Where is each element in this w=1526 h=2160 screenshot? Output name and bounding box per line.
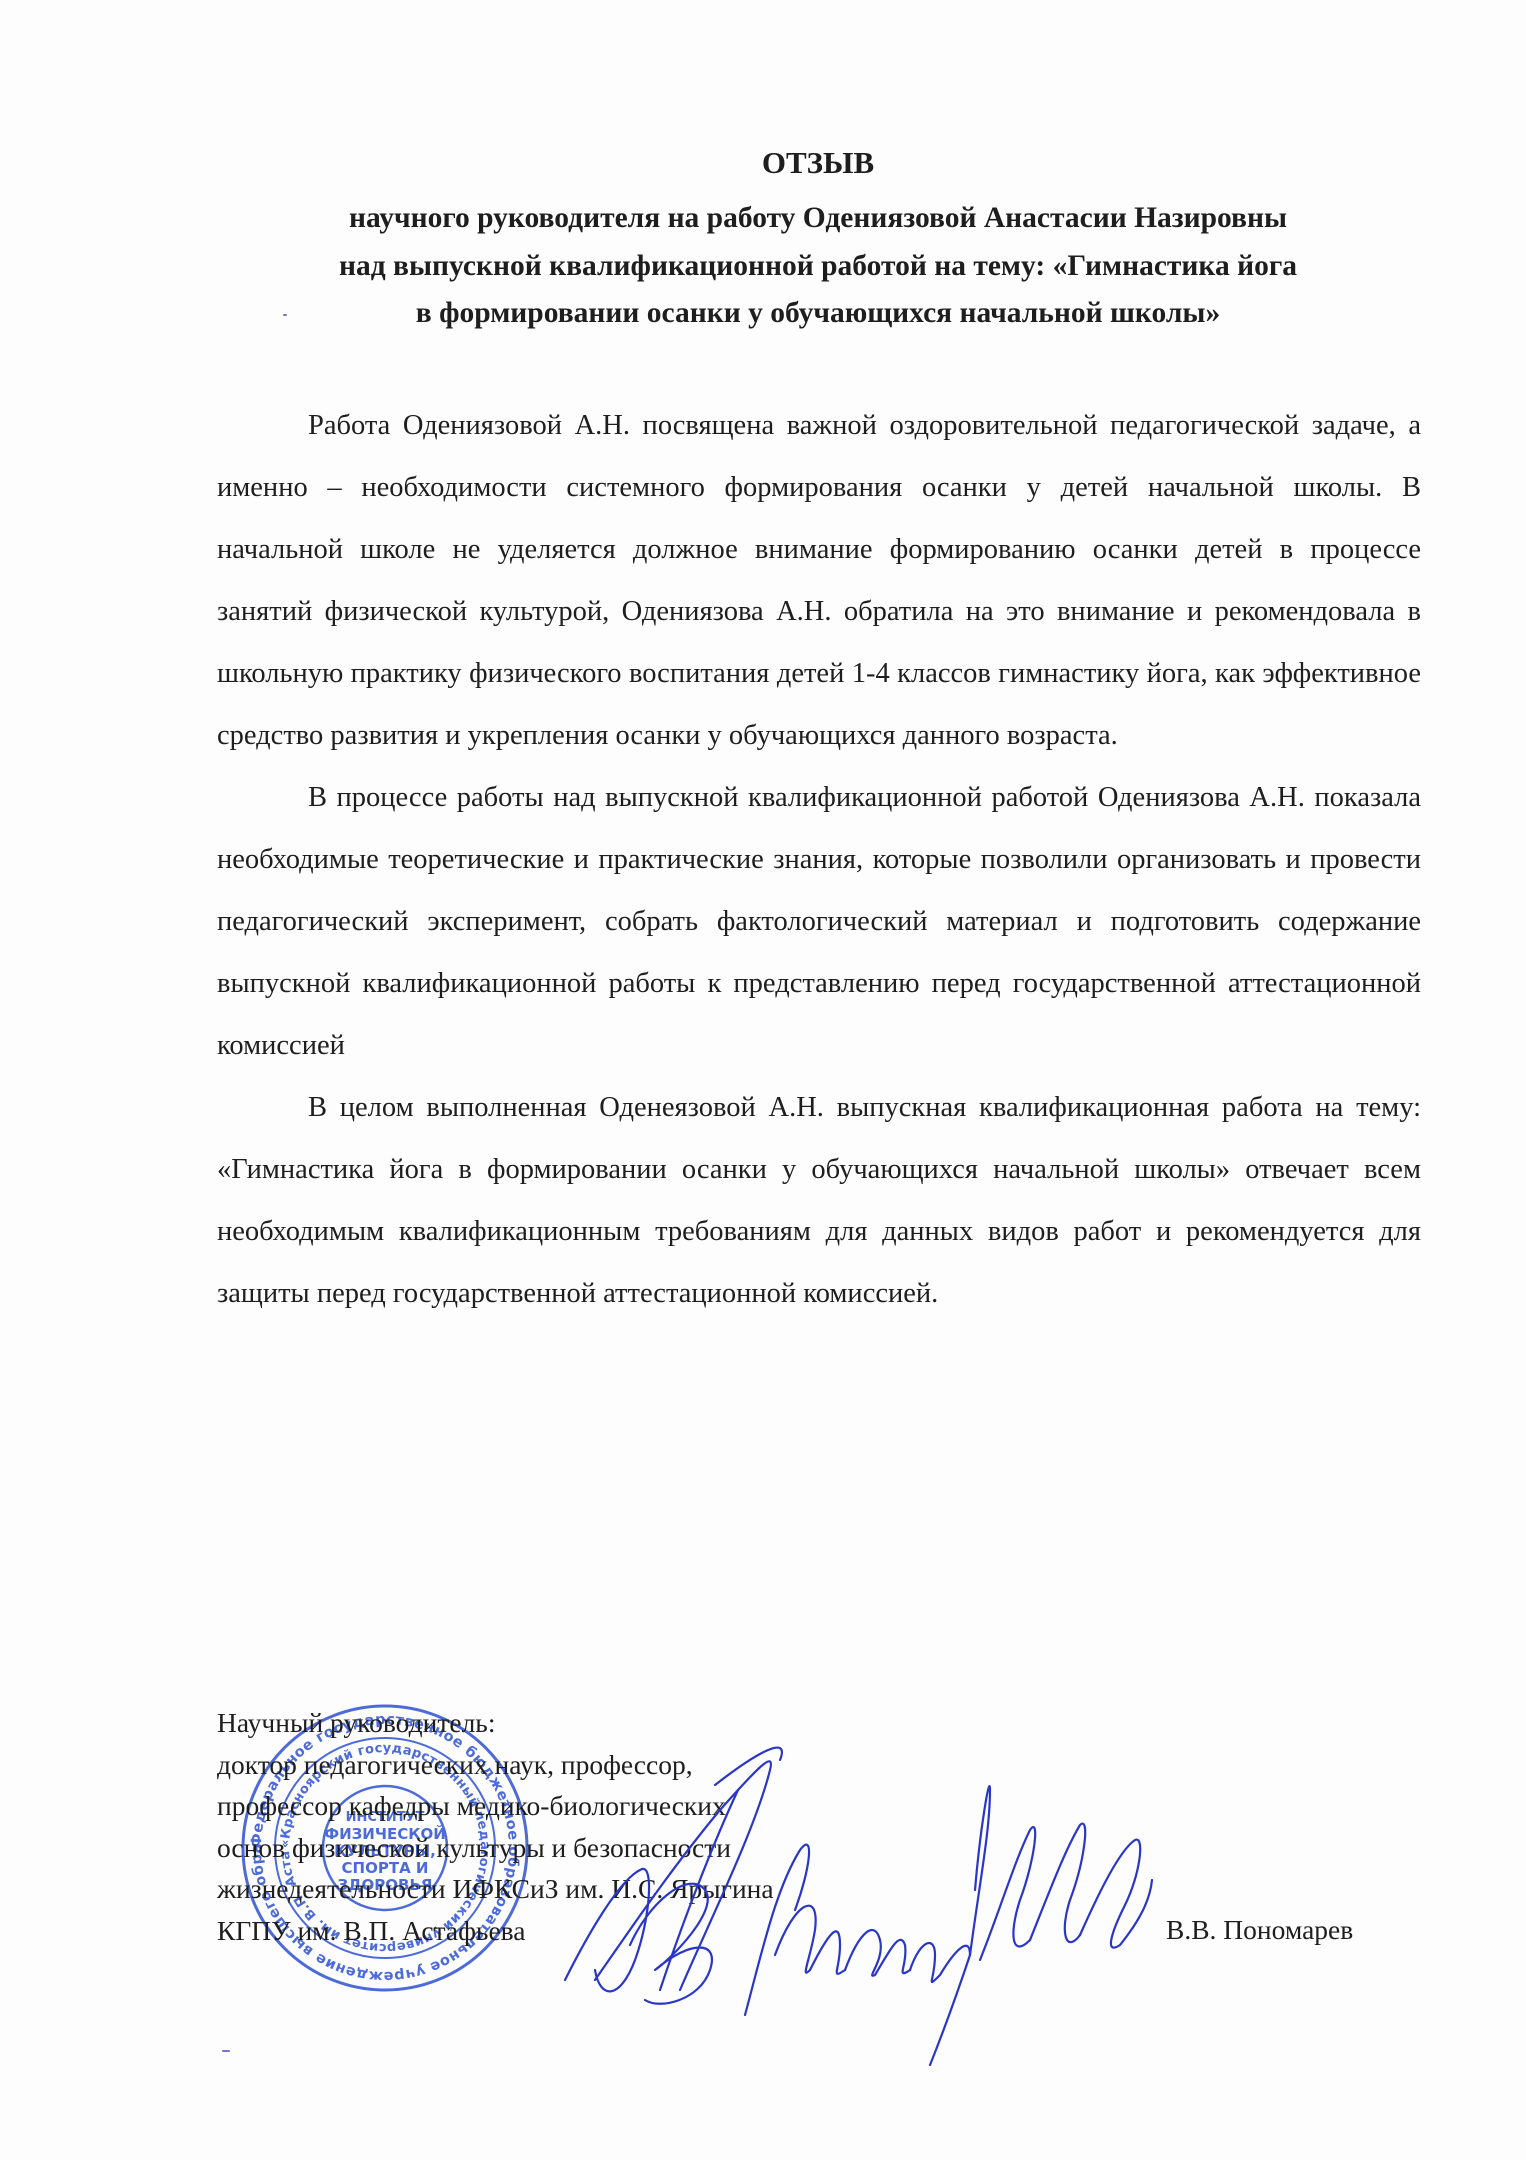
- paragraph-1: Работа Одениязовой А.Н. посвящена важной…: [217, 395, 1421, 767]
- paragraph-3: В целом выполненная Оденеязовой А.Н. вып…: [217, 1077, 1421, 1325]
- review-body: Работа Одениязовой А.Н. посвящена важной…: [217, 395, 1421, 1325]
- heading-line-3: в формировании осанки у обучающихся нача…: [215, 293, 1421, 333]
- heading-line-1: научного руководителя на работу Одениязо…: [215, 198, 1421, 238]
- scan-speck: [222, 2050, 230, 2052]
- heading-line-2: над выпускной квалификационной работой н…: [215, 246, 1421, 286]
- signer-name: В.В. Пономарев: [1166, 1909, 1353, 1951]
- scan-speck: [283, 314, 287, 316]
- handwritten-signature-icon: [560, 1730, 1180, 2070]
- document-title: ОТЗЫВ: [215, 143, 1421, 183]
- document-page: ОТЗЫВ научного руководителя на работу Од…: [0, 0, 1526, 2160]
- paragraph-2: В процессе работы над выпускной квалифик…: [217, 767, 1421, 1077]
